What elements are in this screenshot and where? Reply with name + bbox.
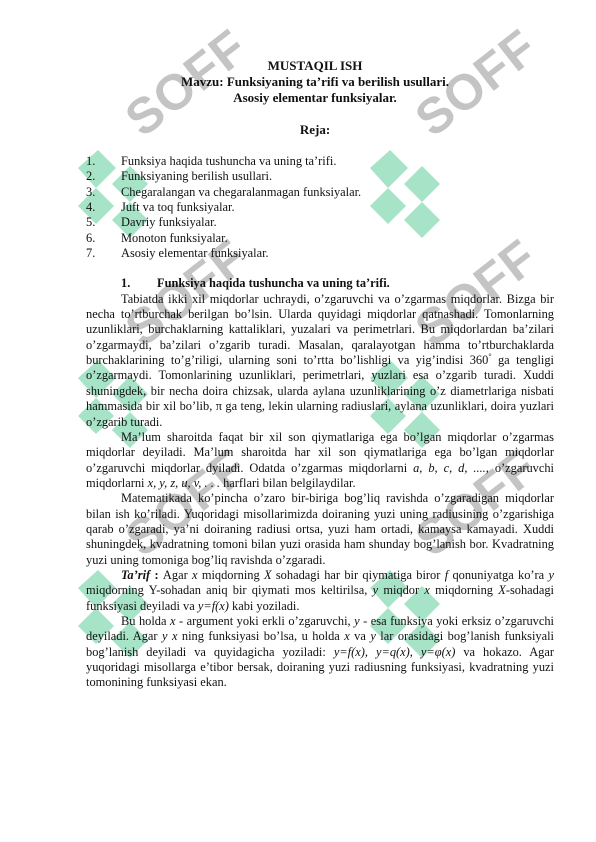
document-page: SOFF SOFF SOFF SOFF SOFF SOFF MUSTAQI bbox=[0, 0, 596, 842]
document-body: MUSTAQIL ISH Mavzu: Funksiyaning ta’rifi… bbox=[86, 58, 554, 691]
text-run: va bbox=[350, 629, 371, 643]
plan-item: 7.Asosiy elementar funksiyalar. bbox=[86, 246, 554, 261]
plan-item-number: 3. bbox=[86, 185, 121, 200]
text-run: harflari bilan belgilaydilar. bbox=[220, 476, 356, 490]
text-run: sohadagi har bir qiymatiga biror bbox=[272, 568, 445, 582]
plan-item: 4.Juft va toq funksiyalar. bbox=[86, 200, 554, 215]
plan-item-text: Funksiyaning berilish usullari. bbox=[121, 169, 272, 184]
plan-item-number: 4. bbox=[86, 200, 121, 215]
paragraph-3: Matematikada ko’pincha o’zaro bir-biriga… bbox=[86, 491, 554, 568]
plan-item: 5.Davriy funksiyalar. bbox=[86, 215, 554, 230]
plan-item-text: Asosiy elementar funksiyalar. bbox=[121, 246, 269, 261]
text-run: miqdorning bbox=[198, 568, 264, 582]
document-title: MUSTAQIL ISH bbox=[76, 58, 554, 74]
math-var: y x bbox=[162, 629, 177, 643]
section-number: 1. bbox=[121, 276, 157, 291]
text-run: miqdorning Y-sohadan aniq bir qiymati mo… bbox=[86, 583, 373, 597]
text-run: Bu holda bbox=[121, 614, 170, 628]
section-title: Funksiya haqida tushuncha va uning ta’ri… bbox=[157, 276, 390, 291]
plan-item-number: 7. bbox=[86, 246, 121, 261]
plan-item-number: 6. bbox=[86, 231, 121, 246]
math-var: X bbox=[498, 583, 506, 597]
plan-heading: Reja: bbox=[76, 122, 554, 138]
text-run: ning funksiyasi bo’lsa, u holda bbox=[177, 629, 344, 643]
plan-item-text: Juft va toq funksiyalar. bbox=[121, 200, 235, 215]
math-var: y bbox=[549, 568, 555, 582]
text-run: Tabiatda ikki xil miqdorlar uchraydi, o’… bbox=[86, 292, 554, 367]
text-run: miqdorning bbox=[430, 583, 498, 597]
plan-item-number: 5. bbox=[86, 215, 121, 230]
paragraph-5: Bu holda x - argument yoki erkli o’zgaru… bbox=[86, 614, 554, 691]
section-heading: 1. Funksiya haqida tushuncha va uning ta… bbox=[86, 276, 554, 291]
variables-list: x, y, z, u, v, . . . bbox=[148, 476, 220, 490]
plan-item-text: Davriy funksiyalar. bbox=[121, 215, 217, 230]
document-topic: Mavzu: Funksiyaning ta’rifi va berilish … bbox=[76, 74, 554, 90]
paragraph-1: Tabiatda ikki xil miqdorlar uchraydi, o’… bbox=[86, 292, 554, 430]
plan-item-text: Funksiya haqida tushuncha va uning ta’ri… bbox=[121, 154, 336, 169]
text-run: Agar bbox=[163, 568, 192, 582]
definition-paragraph: Ta’rif : Agar x miqdorning X sohadagi ha… bbox=[86, 568, 554, 614]
plan-item: 6.Monoton funksiyalar. bbox=[86, 231, 554, 246]
constants-list: a, b, c, d, ...., bbox=[413, 461, 489, 475]
text-run: : bbox=[150, 568, 163, 582]
plan-item-text: Chegaralangan va chegaralanmagan funksiy… bbox=[121, 185, 361, 200]
plan-list: 1.Funksiya haqida tushuncha va uning ta’… bbox=[86, 154, 554, 261]
title-block: MUSTAQIL ISH Mavzu: Funksiyaning ta’rifi… bbox=[76, 58, 554, 106]
math-formula: y=f(x), y=q(x), y=φ(x) bbox=[334, 645, 456, 659]
plan-item-number: 1. bbox=[86, 154, 121, 169]
plan-item: 1.Funksiya haqida tushuncha va uning ta’… bbox=[86, 154, 554, 169]
text-run: kabi yoziladi. bbox=[229, 599, 300, 613]
plan-item: 2.Funksiyaning berilish usullari. bbox=[86, 169, 554, 184]
text-run: qonuniyatga ko’ra bbox=[448, 568, 548, 582]
definition-label: Ta’rif bbox=[121, 568, 150, 582]
text-run: miqdor bbox=[378, 583, 424, 597]
paragraph-2: Ma’lum sharoitda faqat bir xil son qiyma… bbox=[86, 430, 554, 491]
document-subtopic: Asosiy elementar funksiyalar. bbox=[76, 90, 554, 106]
math-var: X bbox=[264, 568, 272, 582]
plan-item-text: Monoton funksiyalar. bbox=[121, 231, 228, 246]
math-formula: y=f(x) bbox=[198, 599, 229, 613]
plan-item: 3.Chegaralangan va chegaralanmagan funks… bbox=[86, 185, 554, 200]
text-run: - argument yoki erkli o’zgaruvchi, bbox=[175, 614, 354, 628]
plan-item-number: 2. bbox=[86, 169, 121, 184]
